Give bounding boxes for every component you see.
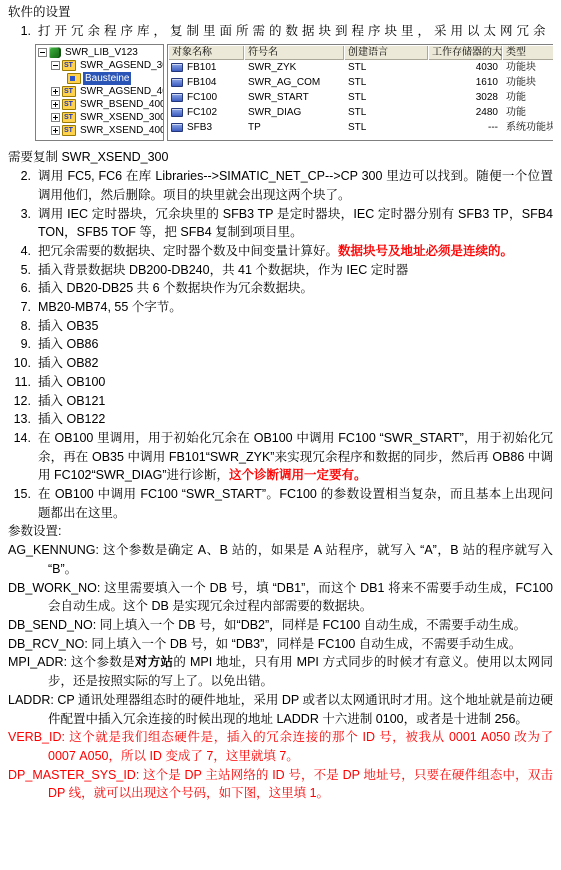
column-header-size: 工作存储器的大小: [428, 45, 502, 60]
param-label: DB_RCV_NO:: [8, 637, 88, 651]
page-title: 软件的设置: [8, 3, 553, 22]
library-screenshot: SWR_LIB_V123 SWR_AGSEND_300 Bausteine SW…: [35, 44, 553, 141]
s7-program-icon: [62, 125, 76, 136]
need-copy-note: 需要复制 SWR_XSEND_300: [8, 148, 553, 167]
expand-icon: [51, 126, 60, 135]
size-cell: 2480: [428, 106, 502, 119]
symbol-cell: TP: [244, 121, 344, 134]
list-item-1: 1. 打开冗余程序库，复制里面所需的数据块到程序块里，采用以太网冗余: [8, 22, 553, 41]
table-row: SFB3 TP STL --- 系统功能块: [168, 120, 553, 135]
param-laddr: LADDR: CP 通讯处理器组态时的硬件地址，采用 DP 或者以太网通讯时才用…: [8, 691, 553, 728]
type-cell: 功能: [502, 91, 553, 104]
expand-icon: [51, 113, 60, 122]
tree-node-bsend400: SWR_BSEND_400: [38, 98, 163, 111]
column-header-symbol: 符号名: [244, 45, 344, 60]
list-text: 插入 DB20-DB25 共 6 个数据块作为冗余数据块。: [38, 279, 553, 298]
list-text: 打开冗余程序库，复制里面所需的数据块到程序块里，采用以太网冗余: [38, 22, 553, 41]
param-label: AG_KENNUNG:: [8, 543, 99, 557]
list-text: 在 OB100 里调用，用于初始化冗余在 OB100 中调用 FC100 “SW…: [38, 429, 553, 485]
list-number: 8.: [8, 317, 38, 336]
library-tree-panel: SWR_LIB_V123 SWR_AGSEND_300 Bausteine SW…: [35, 44, 164, 141]
list-item-4: 4. 把冗余需要的数据块、定时器个数及中间变量计算好。数据块号及地址必须是连续的…: [8, 242, 553, 261]
list-text: 把冗余需要的数据块、定时器个数及中间变量计算好。数据块号及地址必须是连续的。: [38, 242, 553, 261]
param-mpi-adr: MPI_ADR: 这个参数是对方站的 MPI 地址，只有用 MPI 方式同步的时…: [8, 653, 553, 690]
param-verb-id: VERB_ID: 这个就是我们组态硬件是，插入的冗余连接的那个 ID 号，被我从…: [8, 728, 553, 765]
list-number: 9.: [8, 335, 38, 354]
table-row: FB101 SWR_ZYK STL 4030 功能块: [168, 60, 553, 75]
tree-node-xsend400: SWR_XSEND_400: [38, 124, 163, 137]
param-text: 这个参数是: [71, 655, 135, 669]
list-number: 15.: [8, 485, 38, 522]
size-cell: 1610: [428, 76, 502, 89]
object-name: SFB3: [187, 121, 212, 134]
red-emphasis: 这个诊断调用一定要有。: [229, 468, 367, 482]
object-cell: FC100: [168, 91, 244, 104]
param-label: DB_SEND_NO:: [8, 618, 96, 632]
red-emphasis: 数据块号及地址必须是连续的。: [338, 244, 513, 258]
list-item-12: 12. 插入 OB121: [8, 392, 553, 411]
param-dp-master-sys-id: DP_MASTER_SYS_ID: 这个是 DP 主站网络的 ID 号，不是 D…: [8, 766, 553, 803]
list-text: 插入 OB82: [38, 354, 553, 373]
list-item-2: 2. 调用 FC5, FC6 在库 Libraries-->SIMATIC_NE…: [8, 167, 553, 204]
list-number: 3.: [8, 205, 38, 242]
list-item-5: 5. 插入背景数据块 DB200-DB240，共 41 个数据块，作为 IEC …: [8, 261, 553, 280]
list-number: 13.: [8, 410, 38, 429]
column-header-object-name: 对象名称: [168, 45, 244, 60]
type-cell: 系统功能块: [502, 121, 553, 134]
size-cell: 4030: [428, 61, 502, 74]
type-cell: 功能: [502, 106, 553, 119]
list-item-13: 13. 插入 OB122: [8, 410, 553, 429]
param-text: 这个就是我们组态硬件是，插入的冗余连接的那个 ID 号，被我从 0001 A05…: [48, 730, 553, 763]
object-name: FB104: [187, 76, 216, 89]
s7-program-icon: [62, 112, 76, 123]
symbol-cell: SWR_START: [244, 91, 344, 104]
tree-node-root: SWR_LIB_V123: [38, 46, 163, 59]
list-item-11: 11. 插入 OB100: [8, 373, 553, 392]
document-page: 软件的设置 1. 打开冗余程序库，复制里面所需的数据块到程序块里，采用以太网冗余…: [0, 0, 561, 803]
list-item-14: 14. 在 OB100 里调用，用于初始化冗余在 OB100 中调用 FC100…: [8, 429, 553, 485]
tree-node-label: SWR_BSEND_400: [78, 98, 164, 111]
language-cell: STL: [344, 91, 428, 104]
tree-node-xsend300: SWR_XSEND_300: [38, 111, 163, 124]
list-item-8: 8. 插入 OB35: [8, 317, 553, 336]
symbol-cell: SWR_AG_COM: [244, 76, 344, 89]
s7-program-icon: [62, 99, 76, 110]
list-text: 调用 IEC 定时器块，冗余块里的 SFB3 TP 是定时器块，IEC 定时器分…: [38, 205, 553, 242]
param-label: DB_WORK_NO:: [8, 581, 100, 595]
expand-icon: [51, 87, 60, 96]
list-number: 4.: [8, 242, 38, 261]
block-table-panel: 对象名称 符号名 创建语言 工作存储器的大小 类型 FB101 SWR_ZYK …: [167, 44, 553, 141]
list-text: 插入 OB86: [38, 335, 553, 354]
block-icon: [171, 63, 183, 72]
list-number: 6.: [8, 279, 38, 298]
size-cell: 3028: [428, 91, 502, 104]
size-cell: ---: [428, 121, 502, 134]
list-text: 插入 OB100: [38, 373, 553, 392]
list-item-9: 9. 插入 OB86: [8, 335, 553, 354]
symbol-cell: SWR_ZYK: [244, 61, 344, 74]
list-text: 插入 OB122: [38, 410, 553, 429]
collapse-icon: [38, 48, 47, 57]
object-cell: FB104: [168, 76, 244, 89]
object-cell: FC102: [168, 106, 244, 119]
list-text: 调用 FC5, FC6 在库 Libraries-->SIMATIC_NET_C…: [38, 167, 553, 204]
language-cell: STL: [344, 76, 428, 89]
param-label: VERB_ID:: [8, 730, 65, 744]
param-db-rcv-no: DB_RCV_NO: 同上填入一个 DB 号，如 “DB3”，同样是 FC100…: [8, 635, 553, 654]
object-name: FC102: [187, 106, 217, 119]
type-cell: 功能块: [502, 61, 553, 74]
param-ag-kennung: AG_KENNUNG: 这个参数是确定 A、B 站的，如果是 A 站程序，就写入…: [8, 541, 553, 578]
table-header-row: 对象名称 符号名 创建语言 工作存储器的大小 类型: [168, 45, 553, 60]
block-icon: [171, 78, 183, 87]
type-cell: 功能块: [502, 76, 553, 89]
tree-node-agsend300: SWR_AGSEND_300: [38, 59, 163, 72]
list-number: 7.: [8, 298, 38, 317]
language-cell: STL: [344, 106, 428, 119]
text-segment: 把冗余需要的数据块、定时器个数及中间变量计算好。: [38, 244, 338, 258]
list-number: 5.: [8, 261, 38, 280]
object-cell: SFB3: [168, 121, 244, 134]
tree-node-label: SWR_AGSEND_400: [78, 85, 164, 98]
list-text: 在 OB100 中调用 FC100 “SWR_START”。FC100 的参数设…: [38, 485, 553, 522]
params-heading: 参数设置:: [8, 522, 553, 541]
object-cell: FB101: [168, 61, 244, 74]
param-db-work-no: DB_WORK_NO: 这里需要填入一个 DB 号，填 “DB1”，而这个 DB…: [8, 579, 553, 616]
list-text: 插入 OB35: [38, 317, 553, 336]
param-label: LADDR:: [8, 693, 54, 707]
list-text: 插入 OB121: [38, 392, 553, 411]
tree-node-label: SWR_XSEND_400: [78, 124, 164, 137]
param-text: 这里需要填入一个 DB 号，填 “DB1”，而这个 DB1 将来不需要手动生成，…: [48, 581, 553, 614]
list-number: 11.: [8, 373, 38, 392]
block-icon: [171, 123, 183, 132]
list-number: 1.: [8, 22, 38, 41]
param-text: CP 通讯处理器组态时的硬件地址，采用 DP 或者以太网通讯时才用。这个地址就是…: [48, 693, 553, 726]
list-item-10: 10. 插入 OB82: [8, 354, 553, 373]
param-label: MPI_ADR:: [8, 655, 67, 669]
table-row: FB104 SWR_AG_COM STL 1610 功能块: [168, 75, 553, 90]
param-db-send-no: DB_SEND_NO: 同上填入一个 DB 号，如“DB2”，同样是 FC100…: [8, 616, 553, 635]
collapse-icon: [51, 61, 60, 70]
column-header-language: 创建语言: [344, 45, 428, 60]
object-name: FC100: [187, 91, 217, 104]
bold-emphasis: 对方站: [135, 655, 173, 669]
list-item-7: 7. MB20-MB74, 55 个字节。: [8, 298, 553, 317]
symbol-cell: SWR_DIAG: [244, 106, 344, 119]
table-row: FC102 SWR_DIAG STL 2480 功能: [168, 105, 553, 120]
param-text: 同上填入一个 DB 号，如“DB2”，同样是 FC100 自动生成，不需要手动生…: [100, 618, 526, 632]
param-text: 同上填入一个 DB 号，如 “DB3”，同样是 FC100 自动生成，不需要手动…: [91, 637, 521, 651]
list-item-15: 15. 在 OB100 中调用 FC100 “SWR_START”。FC100 …: [8, 485, 553, 522]
list-number: 14.: [8, 429, 38, 485]
table-row: FC100 SWR_START STL 3028 功能: [168, 90, 553, 105]
param-label: DP_MASTER_SYS_ID:: [8, 768, 139, 782]
library-book-icon: [49, 47, 61, 58]
list-text: 插入背景数据块 DB200-DB240，共 41 个数据块，作为 IEC 定时器: [38, 261, 553, 280]
column-header-type: 类型: [502, 45, 553, 60]
tree-node-agsend400: SWR_AGSEND_400: [38, 85, 163, 98]
list-number: 12.: [8, 392, 38, 411]
expand-icon: [51, 100, 60, 109]
language-cell: STL: [344, 121, 428, 134]
block-icon: [171, 93, 183, 102]
tree-node-label: SWR_AGSEND_300: [78, 59, 164, 72]
param-text: 这个参数是确定 A、B 站的，如果是 A 站程序，就写入 “A”，B 站的程序就…: [48, 543, 553, 576]
blocks-folder-icon: [67, 73, 81, 84]
list-item-6: 6. 插入 DB20-DB25 共 6 个数据块作为冗余数据块。: [8, 279, 553, 298]
s7-program-icon: [62, 86, 76, 97]
s7-program-icon: [62, 60, 76, 71]
language-cell: STL: [344, 61, 428, 74]
list-number: 10.: [8, 354, 38, 373]
list-text: MB20-MB74, 55 个字节。: [38, 298, 553, 317]
list-number: 2.: [8, 167, 38, 204]
tree-node-label: SWR_XSEND_300: [78, 111, 164, 124]
object-name: FB101: [187, 61, 216, 74]
block-icon: [171, 108, 183, 117]
tree-node-bausteine: Bausteine: [38, 72, 163, 85]
list-item-3: 3. 调用 IEC 定时器块，冗余块里的 SFB3 TP 是定时器块，IEC 定…: [8, 205, 553, 242]
tree-node-label-selected: Bausteine: [83, 72, 131, 85]
tree-node-label: SWR_LIB_V123: [63, 46, 140, 59]
